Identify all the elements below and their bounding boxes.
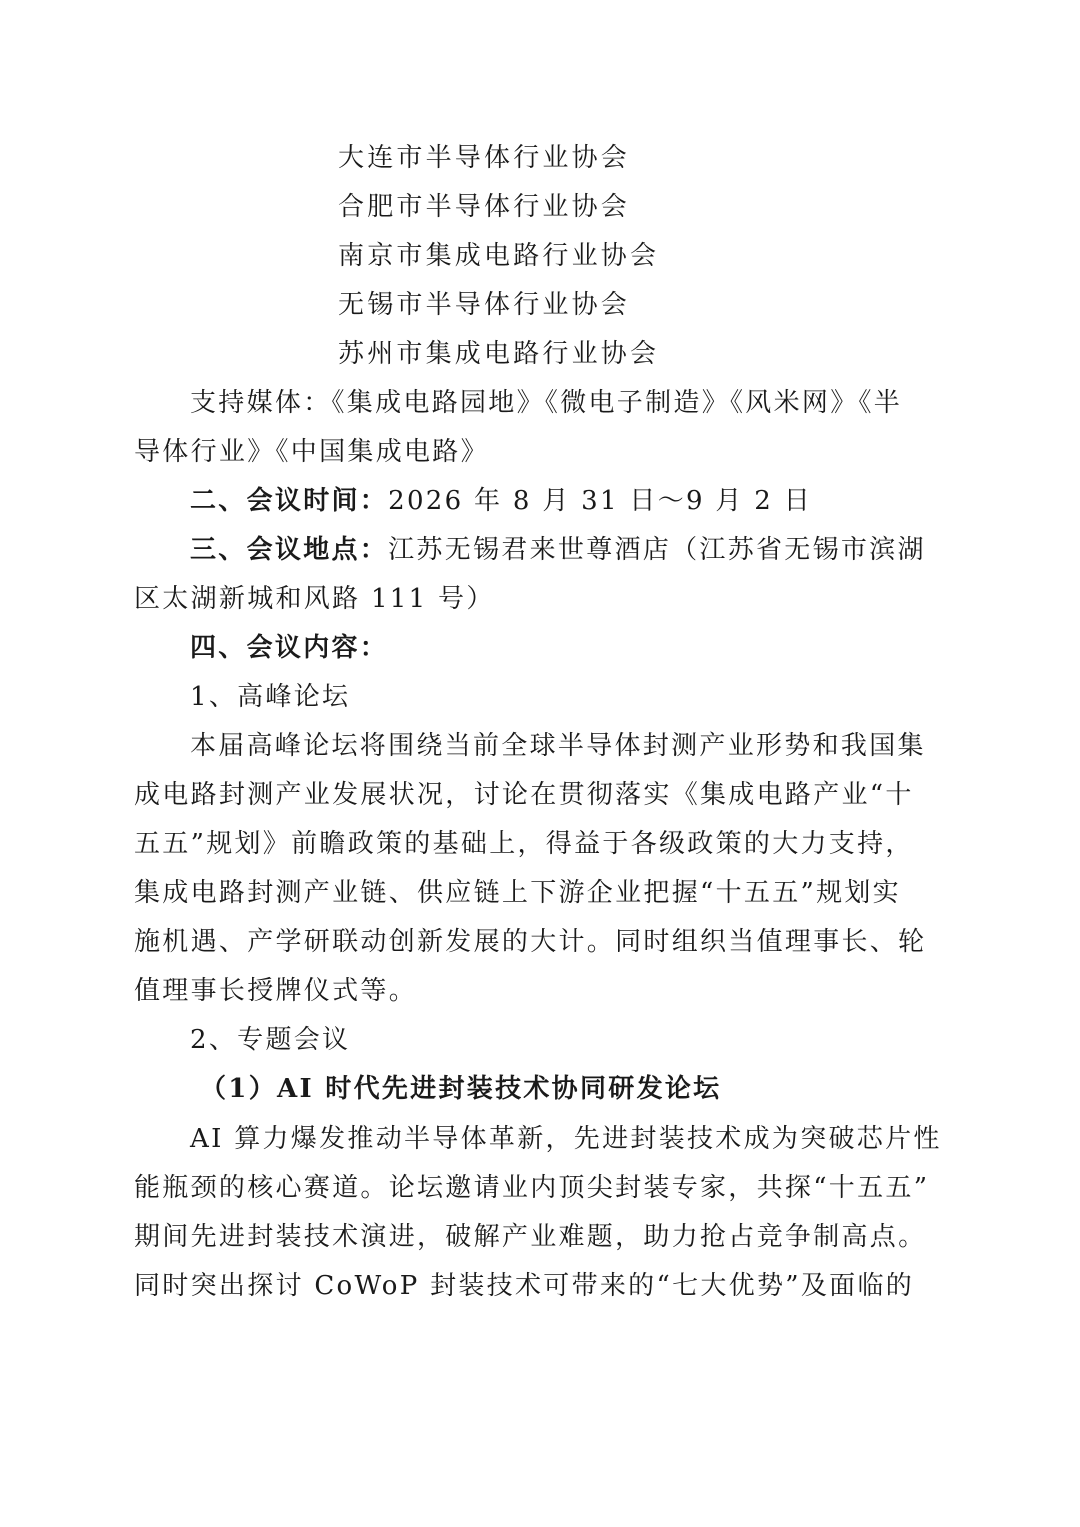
supporting-media-line-2: 导体行业》《中国集成电路》 [134,435,946,469]
meeting-time-value: 2026 年 8 月 31 日～9 月 2 日 [388,486,812,516]
paragraph-line: 本届高峰论坛将围绕当前全球半导体封测产业形势和我国集 [190,729,1002,763]
paragraph-line: 同时突出探讨 CoWoP 封装技术可带来的“七大优势”及面临的 [134,1269,946,1303]
paragraph-line: 施机遇、产学研联动创新发展的大计。同时组织当值理事长、轮 [134,925,946,959]
paragraph-line: 成电路封测产业发展状况，讨论在贯彻落实《集成电路产业“十 [134,778,946,812]
paragraph-line: 能瓶颈的核心赛道。论坛邀请业内顶尖封装专家，共探“十五五” [134,1171,946,1205]
meeting-venue: 三、会议地点：江苏无锡君来世尊酒店（江苏省无锡市滨湖 [190,533,1002,567]
forum-title-ai-packaging: （1）AI 时代先进封装技术协同研发论坛 [200,1072,1012,1106]
meeting-venue-line-2: 区太湖新城和风路 111 号） [134,582,946,616]
meeting-time: 二、会议时间：2026 年 8 月 31 日～9 月 2 日 [190,484,1002,518]
meeting-venue-label: 三、会议地点： [190,535,388,565]
paragraph-line: 期间先进封装技术演进，破解产业难题，助力抢占竞争制高点。 [134,1220,946,1254]
subsection-title-summit: 1、高峰论坛 [190,680,1002,714]
organizer-item: 大连市半导体行业协会 [338,141,1080,175]
organizer-item: 合肥市半导体行业协会 [338,190,1080,224]
meeting-venue-value: 江苏无锡君来世尊酒店（江苏省无锡市滨湖 [388,535,926,565]
paragraph-line: 集成电路封测产业链、供应链上下游企业把握“十五五”规划实 [134,876,946,910]
meeting-time-label: 二、会议时间： [190,486,388,516]
paragraph-line: AI 算力爆发推动半导体革新，先进封装技术成为突破芯片性 [190,1122,1002,1156]
subsection-title-special: 2、专题会议 [190,1023,1002,1057]
section-heading-content: 四、会议内容： [190,631,1002,665]
paragraph-line: 五五”规划》前瞻政策的基础上，得益于各级政策的大力支持， [134,827,946,861]
organizer-item: 南京市集成电路行业协会 [338,239,1080,273]
paragraph-line: 值理事长授牌仪式等。 [134,974,946,1008]
organizer-item: 无锡市半导体行业协会 [338,288,1080,322]
organizer-item: 苏州市集成电路行业协会 [338,337,1080,371]
document-page: 大连市半导体行业协会 合肥市半导体行业协会 南京市集成电路行业协会 无锡市半导体… [0,0,1080,1527]
supporting-media-line-1: 支持媒体：《集成电路园地》《微电子制造》《风米网》《半 [190,386,1002,420]
